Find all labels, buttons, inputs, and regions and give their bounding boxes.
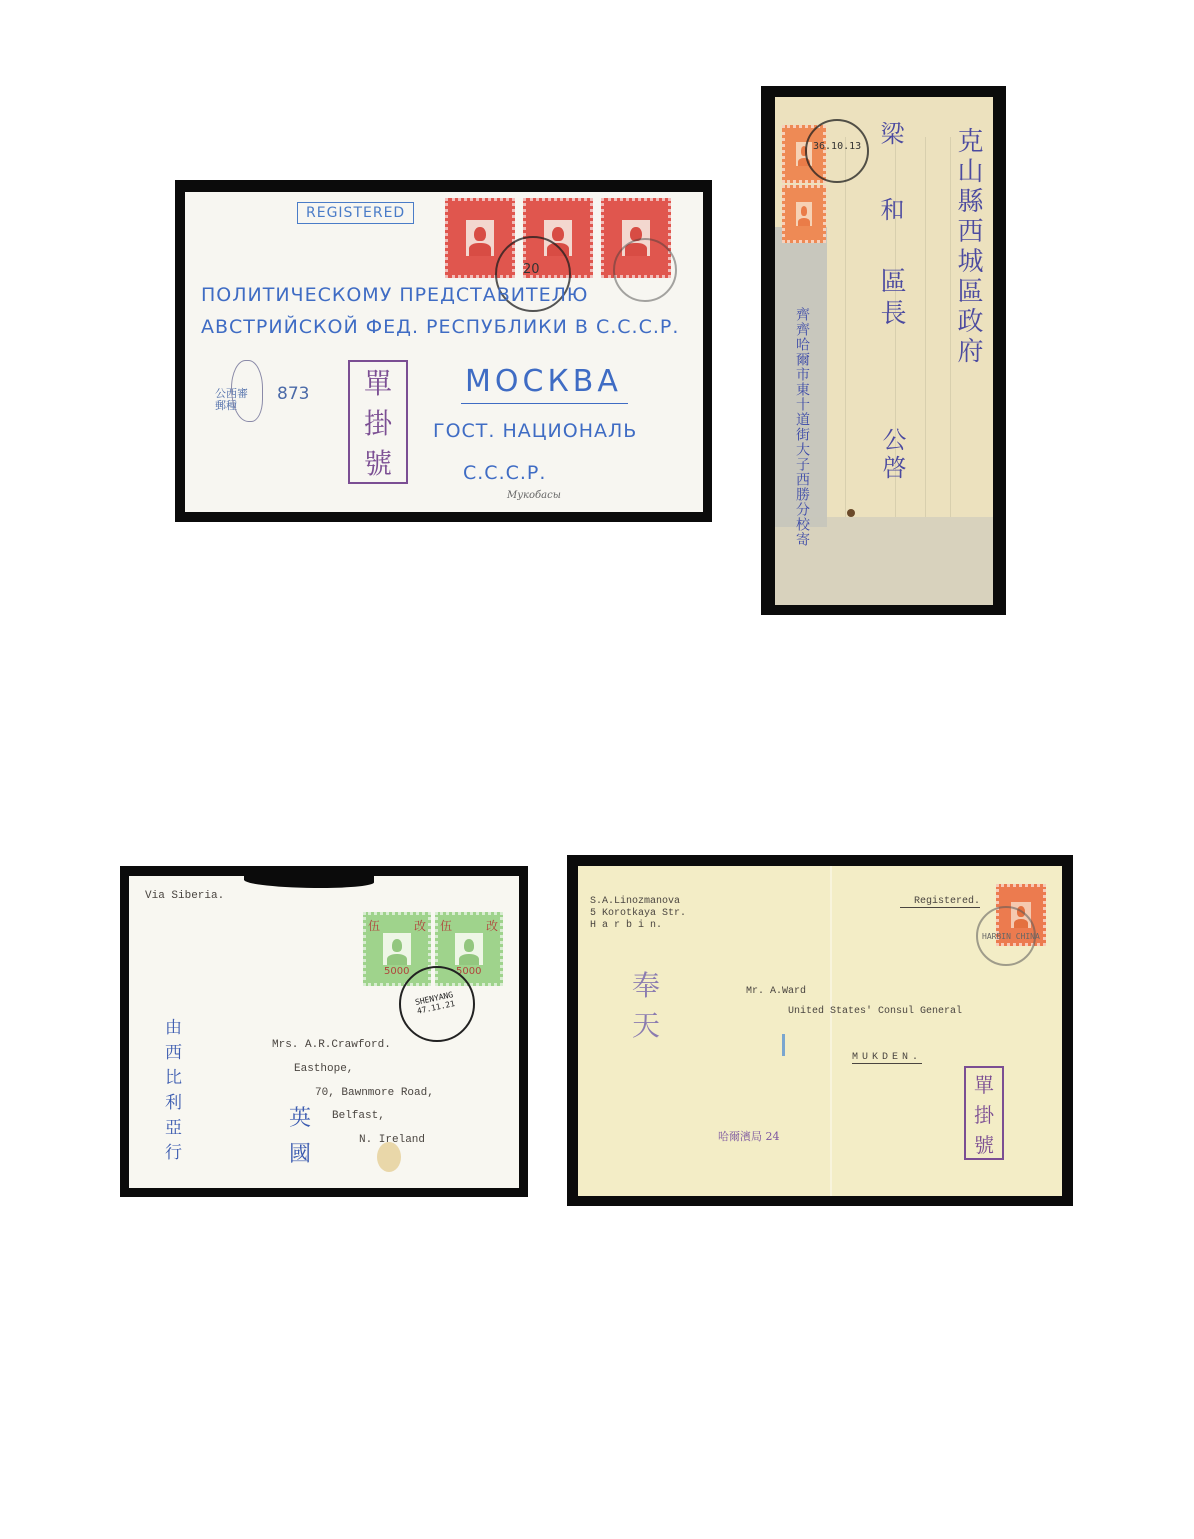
routing-chinese: 由 西 比 利 亞 行 (165, 1016, 185, 1166)
overprint: 5000 (384, 966, 409, 977)
char: 天 (632, 1006, 660, 1046)
addressee-column: 梁 (873, 121, 908, 145)
overprint: 改 (486, 917, 498, 934)
belfast-cover: Via Siberia. 伍 改 5000 伍 改 5000 SHENYANG … (129, 876, 519, 1188)
registration-chop: 單 掛 號 (348, 360, 408, 484)
char: 英 (289, 1101, 315, 1137)
destination-city: МОСКВА (461, 364, 628, 404)
postmark-date: 36.10.13 (813, 141, 861, 152)
address-line: ПОЛИТИЧЕСКОМУ ПРЕДСТАВИТЕЛЮ (201, 284, 588, 306)
char: 利 (165, 1091, 185, 1116)
sender-line: 5 Korotkaya Str. (590, 908, 686, 919)
address-line: Mr. A.Ward (746, 986, 806, 997)
addressee-column: 區長 (873, 267, 910, 331)
postmark-text: HARBIN CHINA (982, 932, 1040, 941)
address-line: Mrs. A.R.Crawford. (272, 1039, 391, 1051)
office-chop: 哈爾濱局 24 (718, 1128, 780, 1144)
ruling-line (950, 137, 951, 517)
stamp (782, 185, 826, 243)
registration-number: 873 (277, 384, 309, 404)
stain (377, 1142, 401, 1172)
pencil-note: Мукобасы (507, 490, 561, 501)
char: 亞 (165, 1116, 185, 1141)
service-label: Registered. (900, 896, 980, 908)
char: 行 (165, 1141, 185, 1166)
sender-column: 齊齊哈爾市東十道街大子西勝分校寄 (795, 307, 809, 547)
mukden-cover: S.A.Linozmanova 5 Korotkaya Str. H a r b… (578, 866, 1062, 1196)
registered-label-box: REGISTERED (297, 202, 414, 224)
country-chinese: 英 國 (289, 1101, 315, 1173)
moscow-cover: REGISTERED 20 ПОЛИТИЧЕСКОМУ ПРЕДСТАВИТЕЛ… (185, 192, 703, 512)
torn-edge (244, 876, 374, 888)
chop-char: 號 (364, 442, 392, 482)
address-line: АВСТРИЙСКОЙ ФЕД. РЕСПУБЛИКИ В С.С.С.Р. (201, 316, 679, 338)
overprint: 伍 (440, 917, 452, 934)
ruling-line (925, 137, 926, 517)
stain (847, 509, 855, 517)
pencil-loop (231, 360, 263, 422)
postmark (613, 238, 677, 302)
chop-char: 號 (974, 1129, 994, 1158)
recipient-column: 克山縣西城區政府 (955, 127, 981, 367)
postmark-number: 20 (523, 262, 540, 277)
char: 奉 (632, 966, 660, 1006)
overprint: 改 (414, 917, 426, 934)
sender-line: H a r b i n. (590, 920, 662, 931)
vertical-chinese-cover: 36.10.13 克山縣西城區政府 梁 和 區長 公啓 齊齊哈爾市東十道街大子西… (775, 97, 993, 605)
overprint: 伍 (368, 917, 380, 934)
chop-char: 掛 (974, 1099, 994, 1128)
addressee-column: 公啓 (875, 427, 910, 483)
chop-char: 單 (364, 362, 392, 402)
registration-chop: 單 掛 號 (964, 1066, 1004, 1160)
char: 由 (165, 1016, 185, 1041)
char: 國 (289, 1137, 315, 1173)
char: 比 (165, 1066, 185, 1091)
routing-note: Via Siberia. (145, 890, 224, 902)
chop-char: 掛 (364, 402, 392, 442)
address-line: 70, Bawnmore Road, (315, 1087, 434, 1099)
pencil-chinese: 奉 天 (632, 966, 660, 1046)
blue-mark (782, 1034, 785, 1056)
fold-line (830, 866, 832, 1196)
hotel-name: ГОСТ. НАЦИОНАЛЬ (433, 420, 637, 442)
chop-char: 單 (974, 1069, 994, 1098)
addressee-column: 和 (873, 197, 908, 221)
destination-city: MUKDEN. (852, 1052, 922, 1064)
ruling-line (845, 137, 846, 517)
address-line: United States' Consul General (788, 1006, 962, 1017)
address-line: Belfast, (332, 1110, 385, 1122)
destination-country: С.С.С.Р. (463, 462, 546, 484)
address-line: Easthope, (294, 1063, 353, 1075)
char: 西 (165, 1041, 185, 1066)
sender-line: S.A.Linozmanova (590, 896, 680, 907)
